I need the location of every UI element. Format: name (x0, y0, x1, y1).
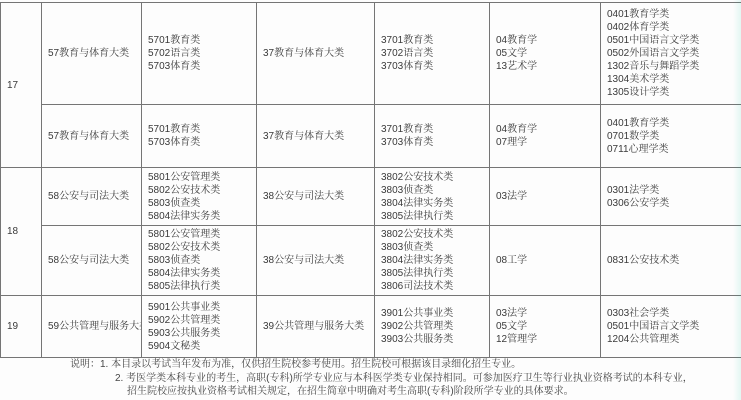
cell-vocational-college-category: 57教育与体育大类 (42, 105, 142, 168)
cell-line: 5903公共服务类 (148, 327, 253, 340)
cell-vocational-undergrad-category: 38公安与司法大类 (257, 226, 375, 296)
cell-vocational-undergrad-classes: 3701教育类3702语言类3703体育类 (375, 3, 490, 105)
cell-line: 12管理学 (496, 333, 597, 346)
cell-vocational-undergrad-category: 37教育与体育大类 (257, 105, 375, 168)
cell-line: 5701教育类 (148, 34, 253, 47)
table-row: 1858公安与司法大类5801公安管理类5802公安技术类5803侦查类5804… (1, 168, 741, 226)
cell-line: 5803侦查类 (148, 254, 253, 267)
cell-line: 0501中国语言文学类 (607, 320, 738, 333)
cell-line: 08工学 (496, 254, 597, 267)
major-mapping-table: 1757教育与体育大类5701教育类5702语言类5703体育类37教育与体育大… (0, 2, 741, 358)
cell-vocational-college-classes: 5701教育类5702语言类5703体育类 (142, 3, 257, 105)
cell-line: 5802公安技术类 (148, 241, 253, 254)
cell-undergrad-major-classes: 0401教育学类0701数学类0711心理学类 (601, 105, 741, 168)
cell-vocational-college-category: 58公安与司法大类 (42, 226, 142, 296)
cell-line: 3804法律实务类 (381, 197, 486, 210)
table-row: 58公安与司法大类5801公安管理类5802公安技术类5803侦查类5804法律… (1, 226, 741, 296)
cell-undergrad-major-classes: 0303社会学类0501中国语言文学类1204公共管理类 (601, 296, 741, 358)
cell-line: 0701数学类 (607, 130, 738, 143)
note-line-3: 招生院校应按执业资格考试相关规定，在招生简章中明确对考生高职(专科)阶段所学专业… (127, 385, 741, 399)
cell-line: 5703体育类 (148, 136, 253, 149)
note-line-1: 说明：1. 本目录以考试当年发布为准，仅供招生院校参考使用。招生院校可根据该目录… (70, 358, 741, 372)
cell-line: 3902公共管理类 (381, 320, 486, 333)
cell-line: 0711心理学类 (607, 143, 738, 156)
cell-line: 03法学 (496, 190, 597, 203)
cell-line: 58公安与司法大类 (48, 254, 138, 267)
cell-line: 3802公安技术类 (381, 228, 486, 241)
cell-vocational-undergrad-classes: 3901公共事业类3902公共管理类3903公共服务类 (375, 296, 490, 358)
cell-line: 58公安与司法大类 (48, 190, 138, 203)
cell-line: 3802公安技术类 (381, 171, 486, 184)
table-row: 1757教育与体育大类5701教育类5702语言类5703体育类37教育与体育大… (1, 3, 741, 105)
cell-vocational-college-classes: 5801公安管理类5802公安技术类5803侦查类5804法律实务类 (142, 168, 257, 226)
cell-line: 38公安与司法大类 (263, 254, 371, 267)
cell-undergrad-major-classes: 0401教育学类0402体育学类0501中国语言文学类0502外国语言文学类13… (601, 3, 741, 105)
cell-discipline: 08工学 (490, 226, 601, 296)
cell-line: 5901公共事业类 (148, 301, 253, 314)
cell-line: 03法学 (496, 307, 597, 320)
cell-undergrad-major-classes: 0301法学类0306公安学类 (601, 168, 741, 226)
cell-discipline: 04教育学07理学 (490, 105, 601, 168)
cell-line: 1302音乐与舞蹈学类 (607, 60, 738, 73)
cell-discipline: 04教育学05文学13艺术学 (490, 3, 601, 105)
cell-vocational-college-classes: 5901公共事业类5902公共管理类5903公共服务类5904文秘类 (142, 296, 257, 358)
cell-line: 1304美术学类 (607, 73, 738, 86)
cell-vocational-undergrad-classes: 3701教育类3703体育类 (375, 105, 490, 168)
cell-line: 0303社会学类 (607, 307, 738, 320)
cell-line: 0401教育学类 (607, 117, 738, 130)
cell-row-index: 17 (1, 3, 42, 168)
cell-line: 04教育学 (496, 34, 597, 47)
cell-row-index: 19 (1, 296, 42, 358)
cell-vocational-college-classes: 5701教育类5703体育类 (142, 105, 257, 168)
cell-line: 07理学 (496, 136, 597, 149)
cell-vocational-undergrad-classes: 3802公安技术类3803侦查类3804法律实务类3805法律执行类 (375, 168, 490, 226)
cell-line: 1305设计学类 (607, 86, 738, 99)
cell-line: 3703体育类 (381, 136, 486, 149)
cell-line: 0306公安学类 (607, 197, 738, 210)
cell-line: 37教育与体育大类 (263, 47, 371, 60)
cell-row-index: 18 (1, 168, 42, 296)
cell-discipline: 03法学 (490, 168, 601, 226)
cell-line: 04教育学 (496, 123, 597, 136)
cell-line: 05文学 (496, 47, 597, 60)
cell-vocational-college-category: 57教育与体育大类 (42, 3, 142, 105)
cell-line: 3804法律实务类 (381, 254, 486, 267)
cell-line: 5803侦查类 (148, 197, 253, 210)
cell-line: 0402体育学类 (607, 21, 738, 34)
cell-vocational-college-classes: 5801公安管理类5802公安技术类5803侦查类5804法律实务类5805法律… (142, 226, 257, 296)
cell-line: 0502外国语言文学类 (607, 47, 738, 60)
cell-line: 05文学 (496, 320, 597, 333)
cell-vocational-undergrad-classes: 3802公安技术类3803侦查类3804法律实务类3805法律执行类3806司法… (375, 226, 490, 296)
cell-line: 5805法律执行类 (148, 280, 253, 293)
cell-line: 5703体育类 (148, 60, 253, 73)
cell-vocational-undergrad-category: 38公安与司法大类 (257, 168, 375, 226)
cell-line: 39公共管理与服务大类 (263, 320, 371, 333)
cell-line: 0301法学类 (607, 184, 738, 197)
cell-vocational-undergrad-category: 37教育与体育大类 (257, 3, 375, 105)
cell-line: 5801公安管理类 (148, 171, 253, 184)
table-row: 1959公共管理与服务大类5901公共事业类5902公共管理类5903公共服务类… (1, 296, 741, 358)
cell-line: 5904文秘类 (148, 340, 253, 353)
cell-vocational-undergrad-category: 39公共管理与服务大类 (257, 296, 375, 358)
cell-line: 3805法律执行类 (381, 267, 486, 280)
cell-line: 57教育与体育大类 (48, 47, 138, 60)
cell-line: 3803侦查类 (381, 241, 486, 254)
cell-undergrad-major-classes: 0831公安技术类 (601, 226, 741, 296)
cell-line: 5804法律实务类 (148, 267, 253, 280)
cell-line: 13艺术学 (496, 60, 597, 73)
cell-line: 1204公共管理类 (607, 333, 738, 346)
cell-line: 5801公安管理类 (148, 228, 253, 241)
cell-line: 38公安与司法大类 (263, 190, 371, 203)
cell-line: 3903公共服务类 (381, 333, 486, 346)
cell-line: 5702语言类 (148, 47, 253, 60)
cell-line: 5701教育类 (148, 123, 253, 136)
cell-line: 5902公共管理类 (148, 314, 253, 327)
cell-line: 3805法律执行类 (381, 210, 486, 223)
catalog-page: 1757教育与体育大类5701教育类5702语言类5703体育类37教育与体育大… (0, 0, 741, 400)
cell-vocational-college-category: 58公安与司法大类 (42, 168, 142, 226)
cell-line: 5804法律实务类 (148, 210, 253, 223)
cell-line: 3702语言类 (381, 47, 486, 60)
note-line-2: 2. 考医学类本科专业的考生，高职(专科)所学专业应与本科医学类专业保持相同。可… (115, 372, 741, 386)
cell-line: 3803侦查类 (381, 184, 486, 197)
cell-line: 5802公安技术类 (148, 184, 253, 197)
notes: 说明：1. 本目录以考试当年发布为准，仅供招生院校参考使用。招生院校可根据该目录… (0, 358, 741, 399)
cell-vocational-college-category: 59公共管理与服务大类 (42, 296, 142, 358)
cell-line: 3901公共事业类 (381, 307, 486, 320)
cell-discipline: 03法学05文学12管理学 (490, 296, 601, 358)
major-mapping-table-body: 1757教育与体育大类5701教育类5702语言类5703体育类37教育与体育大… (1, 3, 741, 358)
cell-line: 3806司法技术类 (381, 280, 486, 293)
cell-line: 59公共管理与服务大类 (48, 320, 138, 333)
cell-line: 37教育与体育大类 (263, 130, 371, 143)
table-row: 57教育与体育大类5701教育类5703体育类37教育与体育大类3701教育类3… (1, 105, 741, 168)
cell-line: 57教育与体育大类 (48, 130, 138, 143)
cell-line: 0831公安技术类 (607, 254, 738, 267)
cell-line: 0501中国语言文学类 (607, 34, 738, 47)
cell-line: 0401教育学类 (607, 8, 738, 21)
cell-line: 3701教育类 (381, 34, 486, 47)
cell-line: 3701教育类 (381, 123, 486, 136)
cell-line: 3703体育类 (381, 60, 486, 73)
